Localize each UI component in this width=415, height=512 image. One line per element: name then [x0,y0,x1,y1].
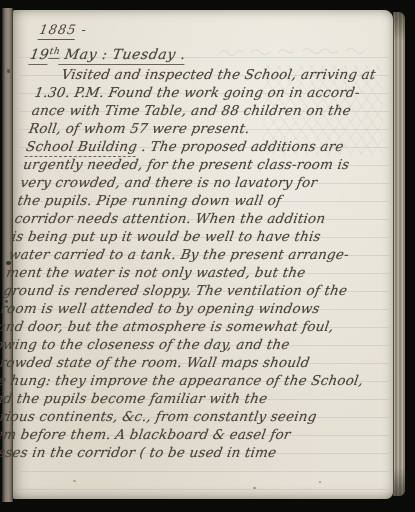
journal-line: urgently needed, for the present class-r… [22,156,377,174]
text-segment: them before them. A blackboard & easel f… [0,427,292,443]
text-segment: and the pupils become familiar with the [0,391,269,407]
journal-line: water carried to a tank. By the present … [8,246,363,264]
text-segment: ment the water is not only wasted, but t… [5,265,307,281]
text-segment: ance with Time Table, and 88 children on… [31,103,352,119]
journal-line: ground is rendered sloppy. The ventilati… [2,282,357,300]
journal-line: room is well attended to by opening wind… [0,300,354,318]
gutter-mark [6,261,11,265]
text-segment: 19 [28,47,50,65]
journal-body: Visited and inspected the School, arrivi… [0,66,391,462]
entry-date-heading: 19th May : Tuesday . [29,43,188,61]
page-stack-edge [393,12,405,496]
journal-photo: 1885 - 19th May : Tuesday . Visited and … [0,0,415,512]
journal-line: ance with Time Table, and 88 children on… [30,102,385,120]
text-segment: Visited and inspected the School, arrivi… [60,67,377,83]
journal-line: School Building . The proposed additions… [25,138,380,156]
text-segment: classes in the corridor ( to be used in … [0,445,278,461]
text-segment: owing to the closeness of the day, and t… [0,337,291,353]
journal-line: and door, but the atmosphere is somewhat… [0,318,351,336]
text-segment: 1.30. P.M. Found the work going on in ac… [33,85,360,101]
year-flourish: - [75,23,88,38]
journal-line: be hung: they improve the appearance of … [0,372,343,390]
journal-line: the pupils. Pipe running down wall of [16,192,371,210]
text-segment: is being put up it would be well to have… [11,229,322,245]
text-segment: May : Tuesday . [58,47,187,65]
journal-line: them before them. A blackboard & easel f… [0,426,334,444]
journal-line: 1.30. P.M. Found the work going on in ac… [33,84,388,102]
paper-speck [253,487,256,489]
text-segment: . The proposed additions are [136,139,345,155]
gutter-mark [5,300,8,303]
journal-line: ment the water is not only wasted, but t… [5,264,360,282]
journal-line: and the pupils become familiar with the [0,390,340,408]
text-segment: very crowded, and there is no lavatory f… [19,175,318,191]
text-segment: room is well attended to by opening wind… [0,301,321,317]
journal-line: very crowded, and there is no lavatory f… [19,174,374,192]
year-text: 1885 [38,23,78,40]
text-segment: corridor needs attention. When the addit… [14,211,327,227]
journal-line: Roll, of whom 57 were present. [28,120,383,138]
text-segment: ground is rendered sloppy. The ventilati… [2,283,348,299]
text-segment: crowded state of the room. Wall maps sho… [0,355,311,371]
journal-page: 1885 - 19th May : Tuesday . Visited and … [13,10,393,499]
journal-line: crowded state of the room. Wall maps sho… [0,354,345,372]
journal-line: owing to the closeness of the day, and t… [0,336,348,354]
text-segment: Roll, of whom 57 were present. [28,121,251,137]
journal-line: Visited and inspected the School, arrivi… [36,66,391,84]
text-segment: water carried to a tank. By the present … [8,247,350,263]
journal-line: 19th May : Tuesday . [29,43,188,61]
journal-line: is being put up it would be well to have… [10,228,365,246]
journal-line: various continents, &c., from constantly… [0,408,337,426]
text-segment: urgently needed, for the present class-r… [22,157,350,173]
text-segment: be hung: they improve the appearance of … [0,373,364,389]
text-segment: School Building [25,139,139,157]
text-segment: various continents, &c., from constantly… [0,409,318,425]
text-segment: and door, but the atmosphere is somewhat… [0,319,335,335]
paper-speck [319,481,321,483]
journal-line: corridor needs attention. When the addit… [13,210,368,228]
paper-speck [73,480,76,482]
journal-line: classes in the corridor ( to be used in … [0,444,331,462]
bleed-through-ghost-text [218,44,388,60]
year-heading: 1885 - [38,23,88,38]
text-segment: the pupils. Pipe running down wall of [16,193,282,209]
gutter-mark [7,69,10,73]
